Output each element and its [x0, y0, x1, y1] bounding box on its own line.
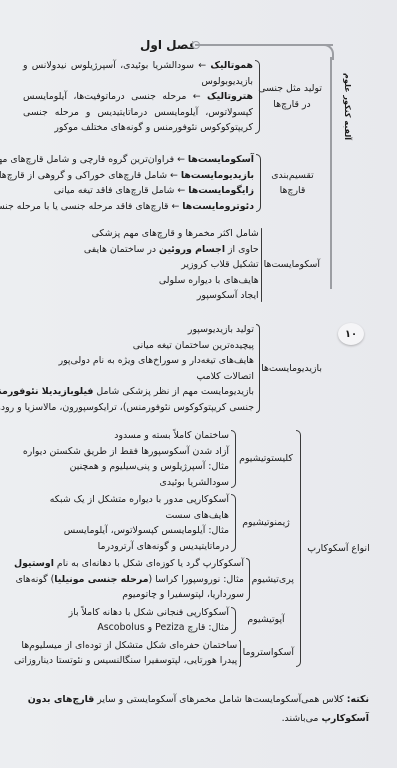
- list-item: دئوترومایست‌ها ← قارچ‌های فاقد مرحله جنس…: [22, 199, 254, 215]
- list-item: پیدرا هورتایی، لپتوسفیرا سنگالنسیس و نئو…: [14, 653, 237, 669]
- list-item: شامل اکثر مخمرها و قارچ‌های مهم پزشکی: [84, 226, 259, 242]
- list-item: هتروتالیک ← مرحله جنسی درماتوفیت‌ها، آیل…: [23, 89, 253, 105]
- list-item: آسکوکارپی فنجانی شکل با دهانه کاملاً باز: [69, 605, 229, 621]
- brace: [239, 640, 240, 667]
- ascocarp-group-apothecium: آپوتیشیوم آسکوکارپی فنجانی شکل با دهانه …: [14, 605, 294, 636]
- page-number: ۱۰: [338, 323, 364, 345]
- list-item: اتصالات کلامپ: [22, 369, 254, 385]
- ascocarp-group-perithecium: پری‌تیشیوم آسکوکارپ گرد یا کوزه‌ای شکل ب…: [14, 556, 294, 603]
- list-item: کپسولاتوس، آیلومایسس درماتایتیدیس و مرحل…: [23, 105, 253, 121]
- section-sexual-reproduction: تولید مثل جنسی در قارچ‌ها هموتالیک ← سود…: [22, 58, 322, 136]
- list-item: بازیدیومایست‌ها ← شامل قارچ‌های خوراکی و…: [22, 168, 254, 184]
- brace: [296, 430, 301, 667]
- brace: [255, 60, 260, 134]
- section-basidiomycetes: بازیدیومایست‌ها تولید بازیدیوسپور پیچیده…: [22, 322, 322, 415]
- note-paragraph: نکته: کلاس همی‌آسکومایست‌ها شامل مخمرهای…: [24, 690, 369, 728]
- list-item: آسکومایست‌ها ← فراوان‌ترین گروه قارچی و …: [22, 152, 254, 168]
- section-label: آسکومایست‌ها: [264, 257, 320, 273]
- brace: [256, 324, 260, 413]
- chapter-title: فصل اول: [140, 38, 197, 52]
- book-page: فصل اول آلفبه کنکور علوم ۱۰ تولید مثل جن…: [0, 0, 397, 768]
- list-item: سودالشریا بوئیدی: [23, 475, 229, 491]
- section-label: تولید مثل جنسی در قارچ‌ها: [262, 81, 322, 112]
- section-label: بازیدیومایست‌ها: [262, 361, 322, 377]
- list-item: بازیدیوبولوس: [23, 74, 253, 90]
- list-item: آسکوکارپ گرد یا کوزه‌ای شکل با دهانه‌ای …: [14, 556, 244, 572]
- list-item: ایجاد آسکوسپور: [84, 288, 259, 304]
- list-item: تشکیل قلاب کروزیر: [84, 257, 259, 273]
- section-classification: تقسیم‌بندی قارچ‌ها آسکومایست‌ها ← فراوان…: [22, 152, 322, 214]
- brace: [231, 607, 236, 634]
- list-item: هایف‌های سست: [50, 508, 229, 524]
- list-item: مثال: قارچ Peziza و Ascobolus: [69, 620, 229, 636]
- list-item: هایف‌های با دیواره سلولی: [84, 273, 259, 289]
- note-label: نکته:: [347, 694, 369, 705]
- section-label: تقسیم‌بندی قارچ‌ها: [263, 168, 322, 199]
- list-item: ساختمان حفره‌ای شکل متشکل از توده‌ای از …: [14, 638, 237, 654]
- list-item: کریپتوکوکوس نئوفورمنس و گونه‌های مختلف م…: [23, 120, 253, 136]
- list-item: سورداریا، لپتوسفیرا و چاتومیوم: [14, 587, 244, 603]
- section-label: انواع آسکوکارپ: [303, 541, 374, 557]
- side-rule: [330, 57, 332, 289]
- brace: [231, 430, 236, 488]
- list-item: پیچیده‌ترین ساختمان تیغه میانی: [22, 338, 254, 354]
- list-item: آزاد شدن آسکوسپورها فقط از طریق شکستن دی…: [23, 444, 229, 460]
- ascocarp-group-ascostroma: آسکواستروما ساختمان حفره‌ای شکل متشکل از…: [14, 638, 294, 669]
- section-ascomycetes: آسکومایست‌ها شامل اکثر مخمرها و قارچ‌های…: [90, 226, 320, 304]
- brace: [256, 154, 261, 212]
- list-item: هایف‌های تیغه‌دار و سوراخ‌های ویژه به نا…: [22, 353, 254, 369]
- brace: [246, 558, 250, 601]
- ascocarp-group-cleistothecium: کلیستوتیشیوم ساختمان کاملاً بسته و مسدود…: [14, 428, 294, 490]
- list-item: آسکوکارپی مدور با دیواره متشکل از یک شبک…: [50, 492, 229, 508]
- list-item: مثال: آسپرژیلوس و پنی‌سیلیوم و همچنین: [23, 459, 229, 475]
- series-side-label: آلفبه کنکور علوم: [336, 60, 352, 140]
- section-ascocarp-types: انواع آسکوکارپ کلیستوتیشیوم ساختمان کامل…: [14, 428, 374, 669]
- list-item: تولید بازیدیوسپور: [22, 322, 254, 338]
- brace: [231, 494, 236, 552]
- ascocarp-group-gymnothecium: ژیمنوتیشیوم آسکوکارپی مدور با دیواره متش…: [14, 492, 294, 554]
- header-rule: [195, 44, 333, 46]
- list-item: مثال: آیلومایسس کپسولاتوس، آیلومایسس: [50, 523, 229, 539]
- list-item: بازیدیومایست مهم از نظر پزشکی شامل فیلوب…: [22, 384, 254, 400]
- list-item: هموتالیک ← سودالشریا بوئیدی، آسپرژیلوس ن…: [23, 58, 253, 74]
- list-item: ساختمان کاملاً بسته و مسدود: [23, 428, 229, 444]
- brace: [261, 228, 262, 302]
- list-item: حاوی از اجسام وروئین در ساختمان هایفی: [84, 242, 259, 258]
- list-item: زایگومایست‌ها ← شامل قارچ‌های فاقد تیغه …: [22, 183, 254, 199]
- list-item: مثال: نوروسپورا کراسا (مرحله جنسی مونیلی…: [14, 572, 244, 588]
- list-item: درماتایتیدیس و گونه‌های آرترودرما: [50, 539, 229, 555]
- list-item: جنسی کریپتوکوکوس نئوفورمنس)، ترایکوسپورو…: [22, 400, 254, 416]
